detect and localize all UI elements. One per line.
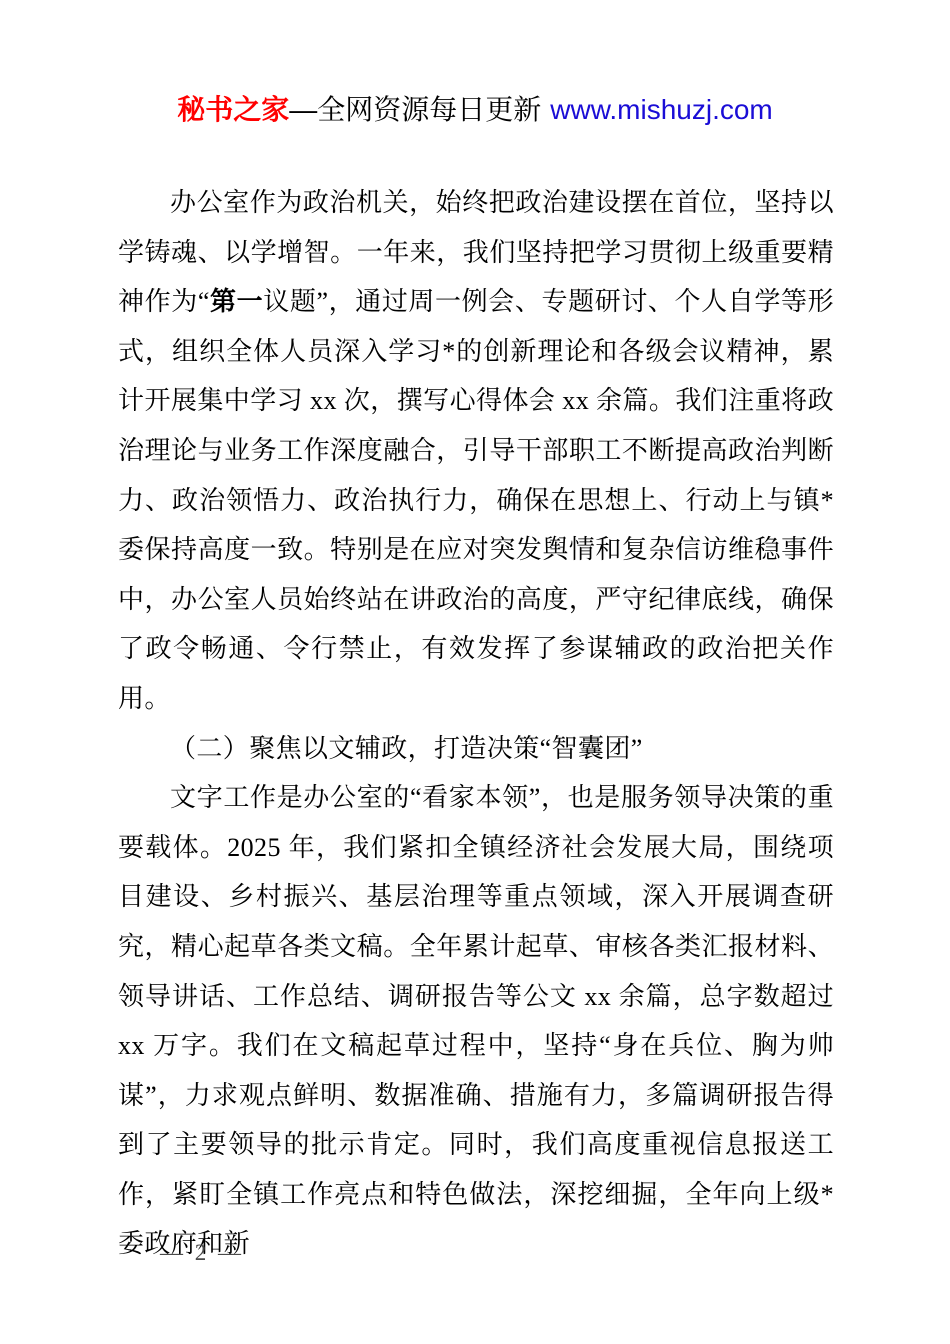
text-run: 议题”，通过周一例会、专题研讨、个人自学等形式，组织全体人员深入学习*的创新理论… bbox=[118, 287, 834, 713]
para-document-drafting: 文字工作是办公室的“看家本领”，也是服务领导决策的重要载体。2025 年，我们紧… bbox=[118, 773, 834, 1269]
header-tagline: 全网资源每日更新 bbox=[317, 94, 541, 125]
heading-section-two: （二）聚焦以文辅政，打造决策“智囊团” bbox=[118, 724, 834, 774]
text-run: （二）聚焦以文辅政，打造决策“智囊团” bbox=[170, 734, 643, 763]
header-brand: 秘书之家 bbox=[177, 94, 289, 125]
para-political-building: 办公室作为政治机关，始终把政治建设摆在首位，坚持以学铸魂、以学增智。一年来，我们… bbox=[118, 178, 834, 724]
document-body: 办公室作为政治机关，始终把政治建设摆在首位，坚持以学铸魂、以学增智。一年来，我们… bbox=[118, 178, 834, 1269]
footer-page-number: — 2 — bbox=[160, 1239, 244, 1267]
header-separator: — bbox=[289, 94, 317, 125]
document-page: 秘书之家—全网资源每日更新www.mishuzj.com 办公室作为政治机关，始… bbox=[0, 0, 950, 1344]
text-run-bold: 第一 bbox=[210, 287, 263, 316]
header-url-link[interactable]: www.mishuzj.com bbox=[550, 94, 772, 125]
site-header: 秘书之家—全网资源每日更新www.mishuzj.com bbox=[0, 90, 950, 130]
text-run: 文字工作是办公室的“看家本领”，也是服务领导决策的重要载体。2025 年，我们紧… bbox=[118, 783, 834, 1258]
